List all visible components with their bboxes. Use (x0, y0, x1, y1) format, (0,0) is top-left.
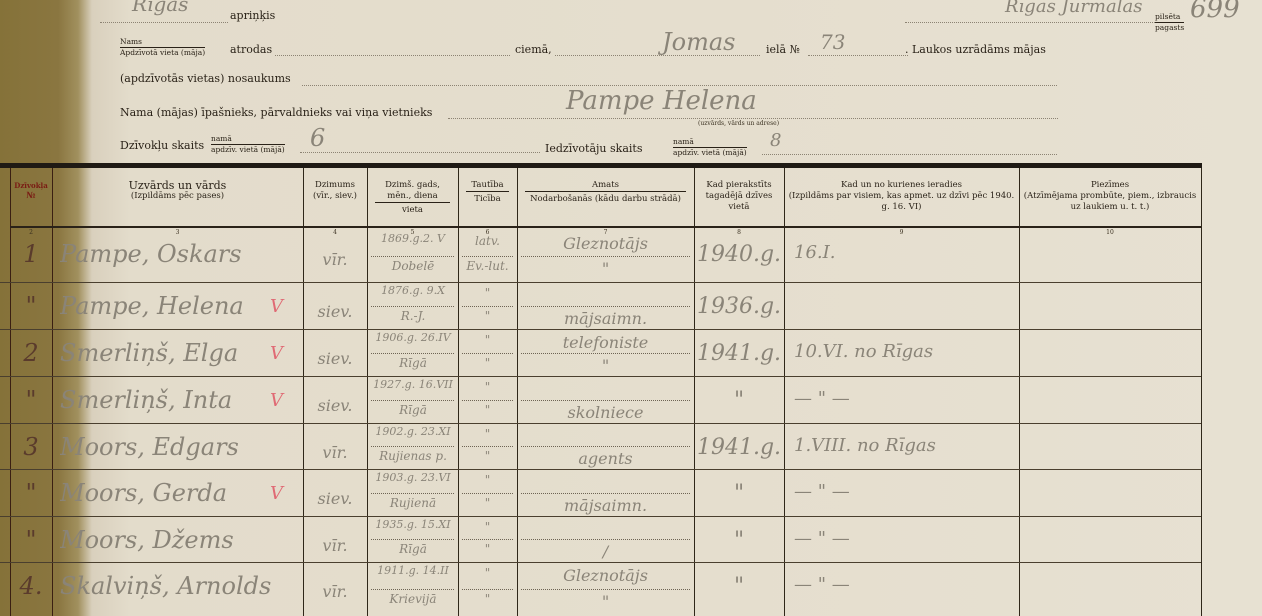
apartment-number: 4. (10, 572, 52, 600)
column-title: Dzīvokļa (10, 180, 52, 191)
apartment-number: 2 (10, 339, 52, 367)
house-type-label: Nams Apdzīvotā vieta (māja) (120, 37, 205, 57)
resident-name: Pampe, Helena (60, 292, 300, 320)
birth-date: 1902.g. 23.XI (369, 425, 457, 438)
column-title: Uzvārds un vārds (52, 180, 303, 191)
registered-date: 1940.g. (694, 242, 784, 267)
column-subtitle: vietā (694, 202, 784, 213)
column-number: 4 (303, 229, 367, 236)
nationality: latv. (458, 234, 517, 248)
arrival-info: 16.I. (794, 242, 1019, 263)
sub-divider (462, 589, 513, 590)
district-line (100, 22, 228, 23)
column-title: Kad un no kurienes ieradies (784, 180, 1019, 191)
row-divider (0, 469, 1201, 470)
arrival-info: — " — (794, 388, 1019, 409)
registered-date: 1941.g. (694, 341, 784, 366)
sub-divider (462, 400, 513, 401)
city-type-label: pilsēta pagasts (1155, 12, 1184, 32)
column-subtitle: Nodarbošanās (kādu darbu strādā) (517, 194, 694, 205)
resident-name: Moors, Džems (60, 526, 300, 554)
sex: siev. (303, 396, 367, 415)
nationality: " (458, 333, 517, 347)
birth-date: 1935.g. 15.XI (369, 518, 457, 531)
residents-label: Iedzīvotāju skaits (545, 142, 642, 155)
column-title: Tautība (466, 180, 509, 192)
apartment-number: " (10, 479, 52, 507)
birth-date: 1911.g. 14.II (369, 564, 457, 577)
occupation: Gleznotājs (517, 566, 694, 585)
red-check-mark: V (270, 296, 283, 317)
sex: vīr. (303, 250, 367, 269)
resident-name: Skalviņš, Arnolds (60, 572, 300, 600)
religion: " (458, 403, 517, 417)
column-subtitle: (Izpildāms par visiem, kas apmet. uz dzī… (784, 191, 1019, 213)
birth-date: 1876.g. 9.X (369, 284, 457, 297)
page-number: 699 (1190, 0, 1240, 24)
red-check-mark: V (270, 390, 283, 411)
occupation-detail: mājsaimn. (517, 309, 694, 328)
resident-name: Smerliņš, Elga (60, 339, 300, 367)
residents-line (762, 154, 1057, 155)
place-name-label: (apdzīvotās vietas) nosaukums (120, 72, 291, 85)
birth-place: Rujienā (369, 496, 457, 510)
red-check-mark: V (270, 483, 283, 504)
apartments-value: 6 (310, 124, 325, 152)
birth-place: Rīgā (369, 356, 457, 370)
rural-label: . Laukos uzrādāms mājas (905, 43, 1046, 56)
located-label: atrodas (230, 43, 272, 56)
birth-date: 1906.g. 26.IV (369, 331, 457, 344)
registered-date: " (694, 574, 784, 599)
sub-divider (521, 493, 690, 494)
row-divider (0, 282, 1201, 283)
street-value: Jomas (662, 28, 735, 56)
column-header-5: Dzimš. gads, mēn., dienavieta (367, 180, 458, 216)
city-line (905, 22, 1155, 23)
sub-divider (371, 589, 454, 590)
apartments-frac-bottom: apdzīv. vietā (mājā) (211, 145, 285, 154)
sub-divider (521, 400, 690, 401)
sub-divider (462, 493, 513, 494)
sub-divider (371, 493, 454, 494)
sub-divider (521, 353, 690, 354)
residents-frac: namā apdzīv. vietā (mājā) (673, 137, 747, 157)
resident-name: Moors, Edgars (60, 433, 300, 461)
city-label: pilsēta (1155, 12, 1184, 23)
religion: Ev.-lut. (458, 259, 517, 273)
arrival-info: 1.VIII. no Rīgas (794, 435, 1019, 456)
column-subtitle: (Atzīmējama prombūte, piem., izbraucis u… (1019, 191, 1201, 213)
column-header-10: Piezīmes(Atzīmējama prombūte, piem., izb… (1019, 180, 1201, 213)
registered-date: 1936.g. (694, 294, 784, 319)
resident-name: Moors, Gerda (60, 479, 300, 507)
sub-divider (462, 306, 513, 307)
religion: " (458, 592, 517, 606)
owner-value: Pampe Helena (566, 86, 757, 116)
occupation: Gleznotājs (517, 234, 694, 253)
nationality: " (458, 427, 517, 441)
sub-divider (371, 446, 454, 447)
row-divider (0, 329, 1201, 330)
arrival-info: — " — (794, 528, 1019, 549)
column-number: 8 (694, 229, 784, 236)
column-title: Piezīmes (1019, 180, 1201, 191)
sex: vīr. (303, 536, 367, 555)
apartment-number: " (10, 386, 52, 414)
birth-place: Krievijā (369, 592, 457, 606)
religion: " (458, 496, 517, 510)
sub-divider (462, 256, 513, 257)
house-number-value: 73 (820, 30, 845, 54)
occupation-detail: skolniece (517, 403, 694, 422)
religion: " (458, 356, 517, 370)
sub-divider (462, 446, 513, 447)
sub-divider (521, 256, 690, 257)
sub-divider (462, 539, 513, 540)
parish-label: pagasts (1155, 23, 1184, 32)
column-title: Kad pierakstīts tagadējā dzīves (694, 180, 784, 202)
apartments-frac-top: namā (211, 134, 285, 145)
sex: siev. (303, 302, 367, 321)
column-header-2: Dzīvokļa№ (10, 180, 52, 202)
birth-place: Rīgā (369, 542, 457, 556)
owner-label: Nama (mājas) īpašnieks, pārvaldnieks vai… (120, 106, 432, 119)
sub-divider (371, 400, 454, 401)
apartments-frac: namā apdzīv. vietā (mājā) (211, 134, 285, 154)
residents-frac-bottom: apdzīv. vietā (mājā) (673, 148, 747, 157)
column-subtitle: Ticība (458, 194, 517, 205)
residents-frac-top: namā (673, 137, 747, 148)
birth-place: Dobelē (369, 259, 457, 273)
table-top-border (0, 163, 1202, 168)
arrival-info: — " — (794, 574, 1019, 595)
residents-value: 8 (770, 130, 781, 151)
column-header-3: Uzvārds un vārds(Izpildāms pēc pases) (52, 180, 303, 202)
owner-line (448, 118, 1058, 119)
owner-hint: (uzvārds, vārds un adrese) (698, 120, 779, 127)
birth-date: 1869.g.2. V (369, 232, 457, 245)
occupation-detail: " (517, 259, 694, 278)
sex: siev. (303, 349, 367, 368)
apartment-number: 3 (10, 433, 52, 461)
sub-divider (521, 446, 690, 447)
religion: " (458, 542, 517, 556)
row-divider (0, 516, 1201, 517)
sub-divider (371, 306, 454, 307)
district-value: Rīgas (132, 0, 188, 16)
village-label: ciemā, (515, 43, 552, 56)
column-subtitle: (Izpildāms pēc pases) (52, 191, 303, 202)
column-divider (1201, 168, 1202, 616)
nationality: " (458, 473, 517, 487)
birth-place: Rujienas p. (369, 449, 457, 463)
sub-divider (371, 539, 454, 540)
column-header-6: TautībaTicība (458, 180, 517, 205)
sub-divider (371, 353, 454, 354)
sub-divider (521, 539, 690, 540)
occupation-detail: agents (517, 449, 694, 468)
column-subtitle: (vīr., siev.) (303, 191, 367, 202)
apartment-number: 1 (10, 240, 52, 268)
column-number: 10 (1019, 229, 1201, 236)
header-rule (10, 226, 1201, 228)
column-subtitle: № (10, 191, 52, 202)
street-label: ielā № (766, 43, 800, 56)
sub-divider (462, 353, 513, 354)
nationality: " (458, 566, 517, 580)
occupation-detail: / (517, 542, 694, 561)
sex: vīr. (303, 582, 367, 601)
row-divider (0, 423, 1201, 424)
district-label: apriņķis (230, 9, 275, 22)
column-header-8: Kad pierakstīts tagadējā dzīvesvietā (694, 180, 784, 213)
red-check-mark: V (270, 343, 283, 364)
column-header-4: Dzimums(vīr., siev.) (303, 180, 367, 202)
column-header-7: AmatsNodarbošanās (kādu darbu strādā) (517, 180, 694, 205)
column-number: 9 (784, 229, 1019, 236)
census-form-page: Rīgas apriņķis Rīgas Jūrmalas pilsēta pa… (0, 0, 1262, 616)
sub-divider (371, 256, 454, 257)
located-line (275, 55, 510, 56)
birth-date: 1903.g. 23.VI (369, 471, 457, 484)
nationality: " (458, 286, 517, 300)
birth-place: R.-J. (369, 309, 457, 323)
apartment-number: " (10, 526, 52, 554)
sub-divider (521, 306, 690, 307)
registered-date: 1941.g. (694, 435, 784, 460)
religion: " (458, 449, 517, 463)
religion: " (458, 309, 517, 323)
nationality: " (458, 520, 517, 534)
occupation-detail: mājsaimn. (517, 496, 694, 515)
row-divider (0, 562, 1201, 563)
column-title: Dzimums (303, 180, 367, 191)
birth-date: 1927.g. 16.VII (369, 378, 457, 391)
apartments-label: Dzīvokļu skaits (120, 139, 204, 152)
settlement-label: Apdzīvotā vieta (māja) (120, 48, 205, 57)
column-title: Dzimš. gads, mēn., diena (375, 180, 450, 203)
nationality: " (458, 380, 517, 394)
column-subtitle: vieta (367, 205, 458, 216)
apartments-line (300, 152, 540, 153)
row-divider (0, 376, 1201, 377)
arrival-info: — " — (794, 481, 1019, 502)
registered-date: " (694, 481, 784, 506)
registered-date: " (694, 528, 784, 553)
column-title: Amats (525, 180, 686, 192)
occupation-detail: " (517, 356, 694, 375)
column-header-9: Kad un no kurienes ieradies(Izpildāms pa… (784, 180, 1019, 213)
house-number-line (808, 55, 908, 56)
occupation: telefoniste (517, 333, 694, 352)
sex: vīr. (303, 443, 367, 462)
house-label: Nams (120, 37, 205, 48)
resident-name: Pampe, Oskars (60, 240, 300, 268)
city-value: Rīgas Jūrmalas (1005, 0, 1142, 17)
column-number: 2 (10, 229, 52, 236)
sex: siev. (303, 489, 367, 508)
sub-divider (521, 589, 690, 590)
column-number: 3 (52, 229, 303, 236)
arrival-info: 10.VI. no Rīgas (794, 341, 1019, 362)
birth-place: Rīgā (369, 403, 457, 417)
apartment-number: " (10, 292, 52, 320)
resident-name: Smerliņš, Inta (60, 386, 300, 414)
occupation-detail: " (517, 592, 694, 611)
registered-date: " (694, 388, 784, 413)
